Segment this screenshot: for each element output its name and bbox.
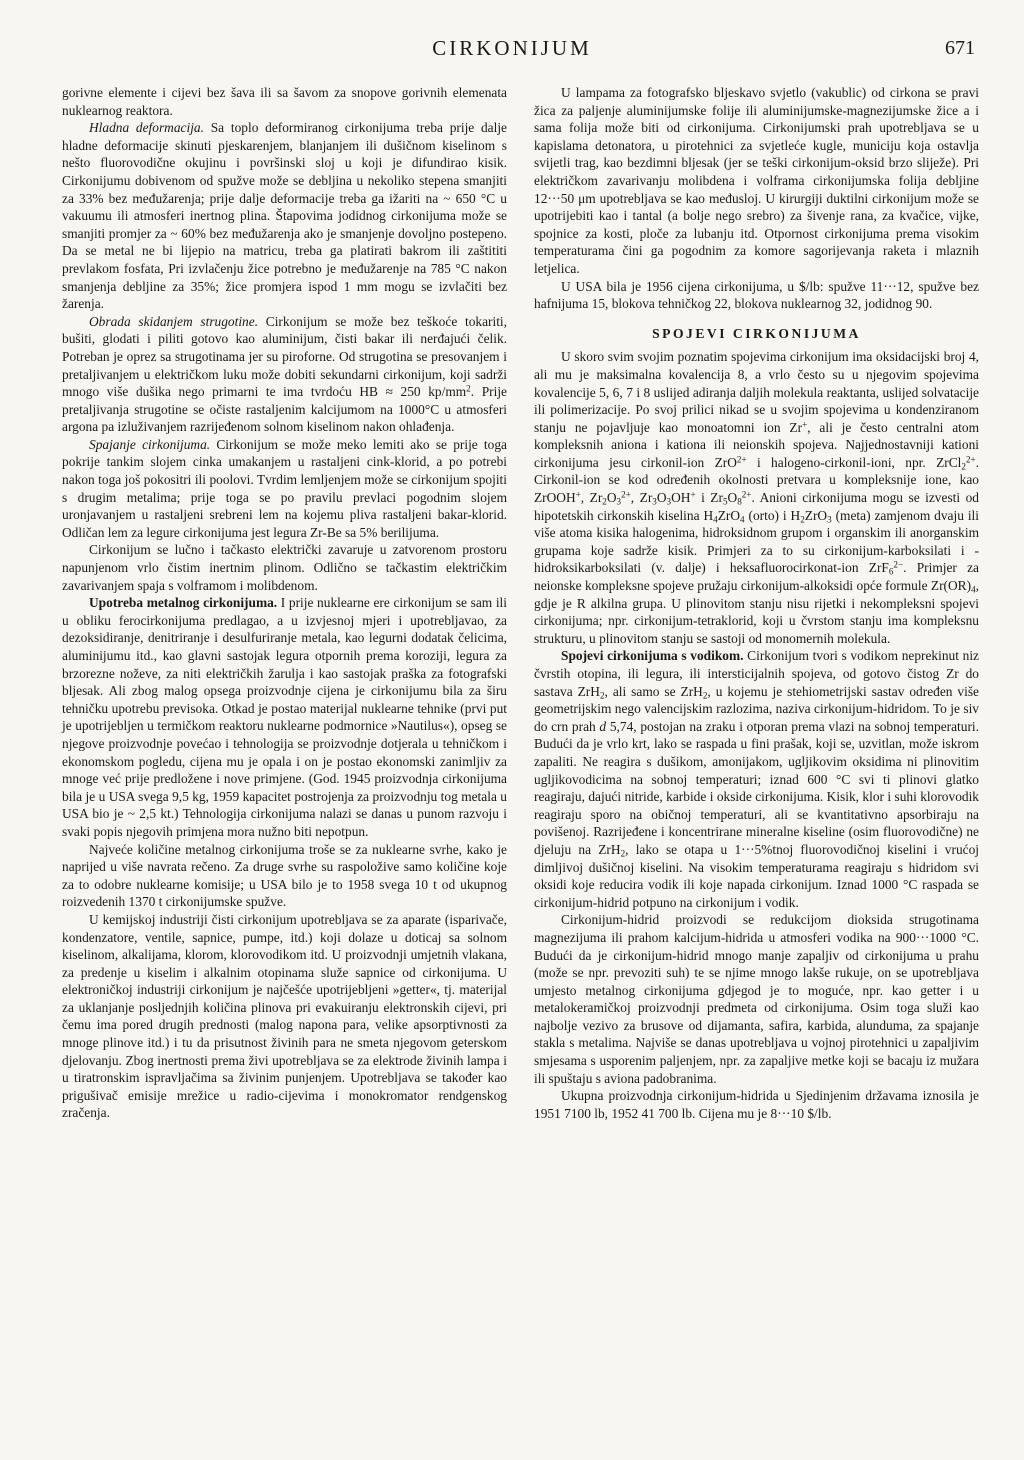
text-run: + bbox=[690, 490, 695, 500]
paragraph: Cirkonijum se lučno i tačkasto električk… bbox=[62, 541, 507, 594]
text-run: 2 bbox=[600, 690, 605, 700]
text-run: 2+ bbox=[966, 454, 976, 464]
text-run: 3 bbox=[652, 497, 657, 507]
section-heading: SPOJEVI CIRKONIJUMA bbox=[534, 325, 979, 343]
text-run: 4 bbox=[713, 514, 718, 524]
text-run: 3 bbox=[827, 514, 832, 524]
text-run: + bbox=[802, 419, 807, 429]
text-run: 2− bbox=[893, 560, 903, 570]
page-title: CIRKONIJUM bbox=[432, 36, 592, 61]
text-run: + bbox=[576, 490, 581, 500]
paragraph: Cirkonijum-hidrid proizvodi se redukcijo… bbox=[534, 911, 979, 1087]
paragraph: Ukupna proizvodnja cirkonijum-hidrida u … bbox=[534, 1087, 979, 1122]
text-run: 4 bbox=[740, 514, 745, 524]
text-run: 5 bbox=[723, 497, 728, 507]
text-run: 3 bbox=[667, 497, 672, 507]
article-body: gorivne elemente i cijevi bez šava ili s… bbox=[62, 84, 979, 1122]
paragraph: Upotreba metalnog cirkonijuma. I prije n… bbox=[62, 594, 507, 840]
text-run: Upotreba metalnog cirkonijuma. bbox=[89, 595, 277, 610]
paragraph: U lampama za fotografsko bljeskavo svjet… bbox=[534, 84, 979, 278]
paragraph: Najveće količine metalnog cirkonijuma tr… bbox=[62, 841, 507, 911]
scanned-page: CIRKONIJUM 671 gorivne elemente i cijevi… bbox=[0, 0, 1024, 1460]
paragraph: Hladna deformacija. Sa toplo deformirano… bbox=[62, 119, 507, 313]
text-run: Spojevi cirkonijuma s vodikom. bbox=[561, 648, 744, 663]
paragraph: Obrada skidanjem strugotine. Cirkonijum … bbox=[62, 313, 507, 436]
paragraph: U skoro svim svojim poznatim spojevima c… bbox=[534, 348, 979, 647]
paragraph: Spajanje cirkonijuma. Cirkonijum se može… bbox=[62, 436, 507, 542]
text-run: 2 bbox=[466, 384, 471, 394]
text-run: 2 bbox=[602, 497, 607, 507]
text-run: 2 bbox=[621, 848, 626, 858]
text-run: 2+ bbox=[742, 490, 752, 500]
paragraph: U kemijskoj industriji čisti cirkonijum … bbox=[62, 911, 507, 1122]
page-header: CIRKONIJUM 671 bbox=[0, 36, 1024, 62]
right-column: U lampama za fotografsko bljeskavo svjet… bbox=[534, 84, 979, 1122]
text-run: Hladna deformacija. bbox=[89, 120, 204, 135]
paragraph: U USA bila je 1956 cijena cirkonijuma, u… bbox=[534, 278, 979, 313]
text-run: 2+ bbox=[621, 490, 631, 500]
text-run: d bbox=[599, 719, 606, 734]
paragraph: Spojevi cirkonijuma s vodikom. Cirkoniju… bbox=[534, 647, 979, 911]
page-number: 671 bbox=[945, 37, 975, 60]
text-run: 2 bbox=[800, 514, 805, 524]
text-run: 2 bbox=[703, 690, 708, 700]
left-column: gorivne elemente i cijevi bez šava ili s… bbox=[62, 84, 507, 1122]
text-run: Obrada skidanjem strugotine. bbox=[89, 314, 258, 329]
text-run: 2+ bbox=[737, 454, 747, 464]
paragraph: gorivne elemente i cijevi bez šava ili s… bbox=[62, 84, 507, 119]
text-run: Spajanje cirkonijuma. bbox=[89, 437, 210, 452]
text-run: 4 bbox=[971, 585, 976, 595]
